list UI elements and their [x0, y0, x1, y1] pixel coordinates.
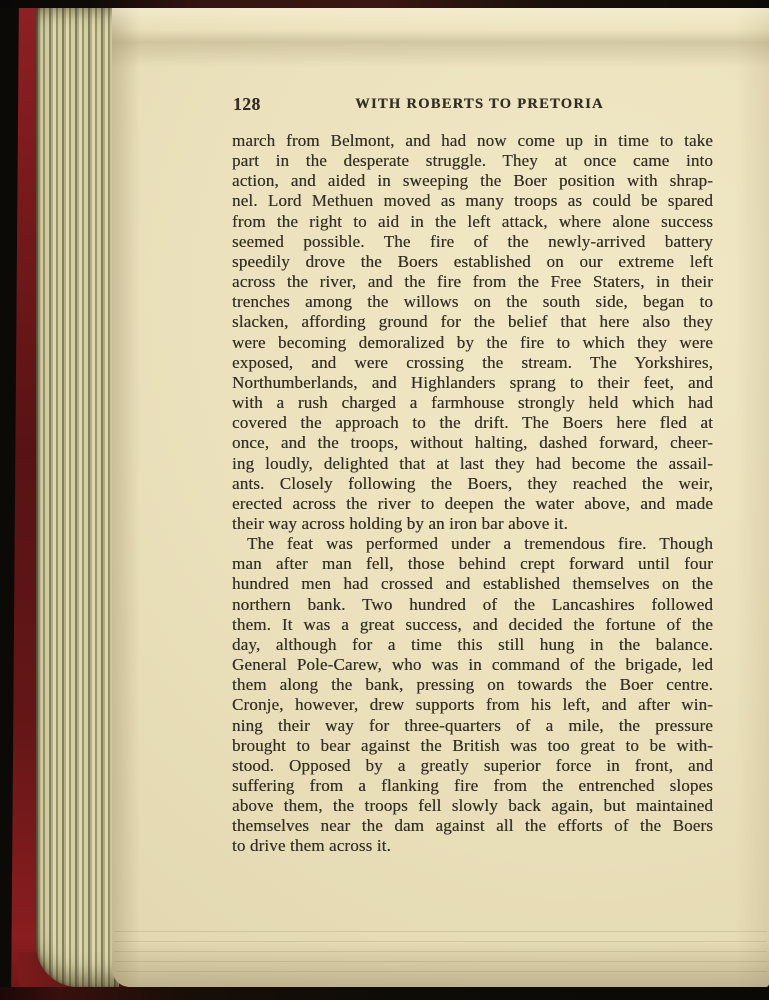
text-line: stood. Opposed by a greatly superior for…	[232, 756, 713, 776]
text-line: ing loudly, delighted that at last they …	[232, 454, 713, 474]
text-line: erected across the river to deepen the w…	[232, 494, 713, 514]
text-line: were becoming demoralized by the fire to…	[232, 333, 713, 353]
text-line: across the river, and the fire from the …	[232, 272, 713, 292]
text-line: their way across holding by an iron bar …	[232, 514, 713, 534]
text-line: march from Belmont, and had now come up …	[232, 131, 713, 151]
text-line: nel. Lord Methuen moved as many troops a…	[232, 191, 713, 211]
text-line: General Pole-Carew, who was in command o…	[232, 655, 713, 675]
text-line: them. It was a great success, and decide…	[232, 615, 713, 635]
text-line: Cronje, however, drew supports from his …	[232, 695, 713, 715]
text-line: northern bank. Two hundred of the Lancas…	[232, 595, 713, 615]
text-line: above them, the troops fell slowly back …	[232, 796, 713, 816]
book-page: 128 WITH ROBERTS TO PRETORIA march from …	[112, 6, 769, 987]
text-line: with a rush charged a farmhouse strongly…	[232, 393, 713, 413]
text-line: man after man fell, those behind crept f…	[232, 554, 713, 574]
book-scan: 128 WITH ROBERTS TO PRETORIA march from …	[0, 0, 769, 1000]
text-line: part in the desperate struggle. They at …	[232, 151, 713, 171]
paragraph: The feat was performed under a tremendou…	[232, 534, 713, 857]
paragraph: march from Belmont, and had now come up …	[232, 131, 713, 534]
text-line: them along the bank, pressing on towards…	[232, 675, 713, 695]
text-line: brought to bear against the British was …	[232, 736, 713, 756]
text-line: The feat was performed under a tremendou…	[232, 534, 713, 554]
text-line: Northumberlands, and Highlanders sprang …	[232, 373, 713, 393]
text-line: ning their way for three-quarters of a m…	[232, 716, 713, 736]
text-line: trenches among the willows on the south …	[232, 292, 713, 312]
text-line: suffering from a flanking fire from the …	[232, 776, 713, 796]
page-header: 128 WITH ROBERTS TO PRETORIA	[232, 94, 713, 116]
text-line: speedily drove the Boers established on …	[232, 252, 713, 272]
page-text: march from Belmont, and had now come up …	[232, 131, 713, 857]
text-line: covered the approach to the drift. The B…	[232, 413, 713, 433]
text-line: exposed, and were crossing the stream. T…	[232, 353, 713, 373]
text-line: action, and aided in sweeping the Boer p…	[232, 171, 713, 191]
text-line: from the right to aid in the left attack…	[232, 212, 713, 232]
text-line: hundred men had crossed and established …	[232, 574, 713, 594]
text-line: day, although for a time this still hung…	[232, 635, 713, 655]
page-stack-edges	[36, 5, 119, 987]
book-top-edge	[0, 0, 769, 8]
text-line: once, and the troops, without halting, d…	[232, 433, 713, 453]
book-bottom-edge	[0, 987, 769, 1000]
text-line: to drive them across it.	[232, 836, 713, 856]
text-line: seemed possible. The fire of the newly-a…	[232, 232, 713, 252]
text-line: slacken, affording ground for the belief…	[232, 312, 713, 332]
running-header: WITH ROBERTS TO PRETORIA	[232, 94, 713, 113]
page-number: 128	[233, 94, 261, 115]
text-line: ants. Closely following the Boers, they …	[232, 474, 713, 494]
text-line: themselves near the dam against all the …	[232, 816, 713, 836]
